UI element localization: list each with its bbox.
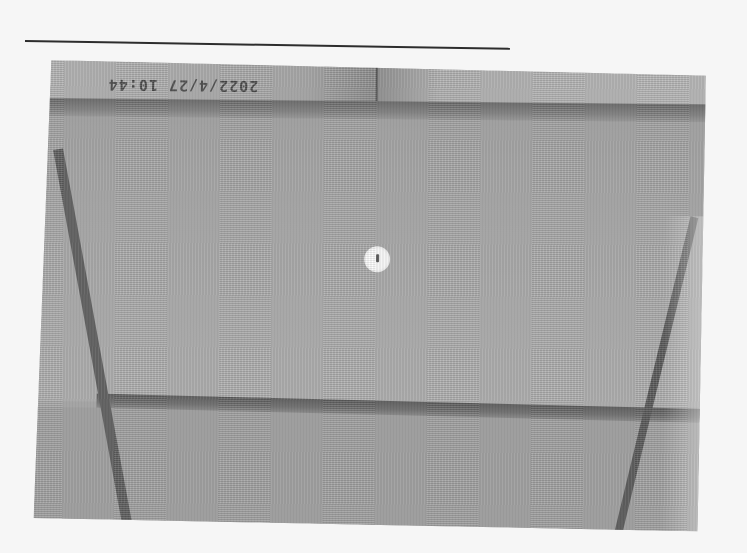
scan-noise-overlay [34, 60, 706, 531]
page-rule-line [25, 40, 510, 50]
scanned-photo: 2022/4/27 10:44 [34, 60, 706, 531]
